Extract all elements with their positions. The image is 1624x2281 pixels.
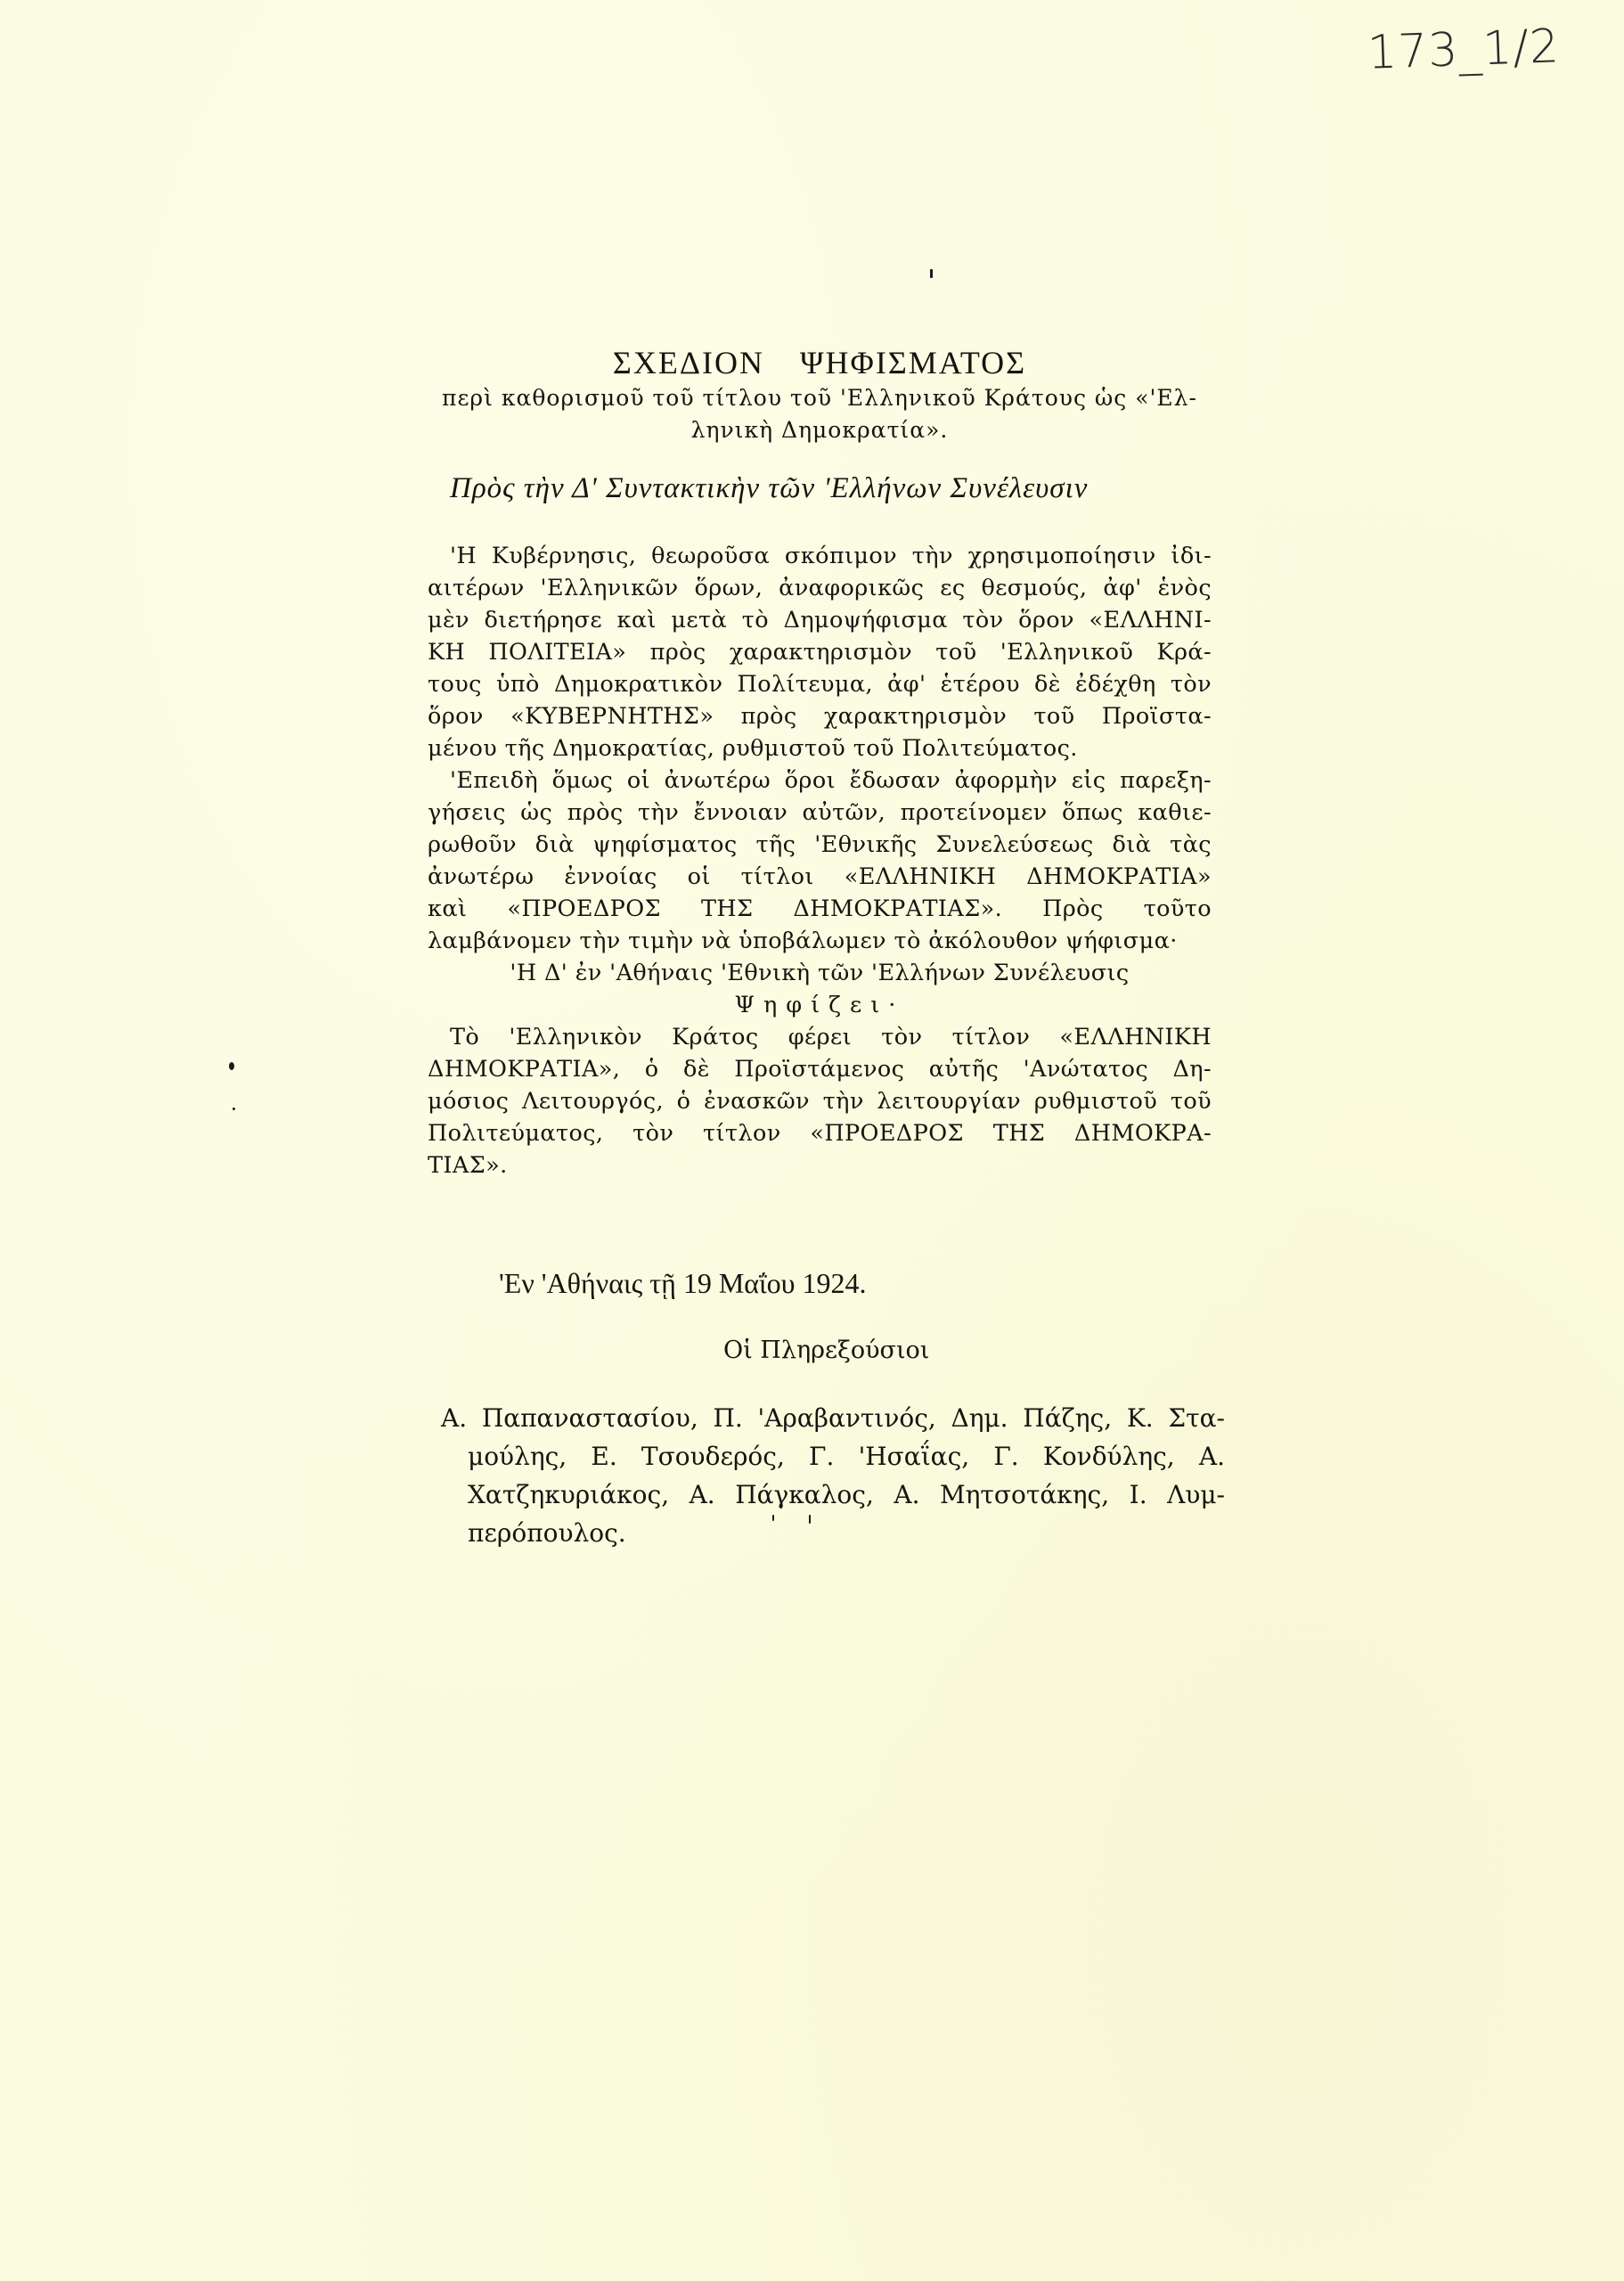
signatories-heading: Οἱ Πληρεξούσιοι [723,1337,929,1364]
paragraph-2: 'Επειδὴ ὅμως οἱ ἀνωτέρω ὅροι ἔδωσαν ἀφορ… [428,764,1212,957]
document-body: 'Η Κυβέρνησις, θεωροῦσα σκόπιμον τὴν χρη… [428,540,1212,1181]
body-line: ἀνωτέρω ἐννοίας οἱ τίτλοι «ΕΛΛΗΝΙΚΗ ΔΗΜΟ… [428,861,1212,893]
document-subtitle: περὶ καθορισμοῦ τοῦ τίτλου τοῦ 'Ελληνικο… [392,382,1247,446]
body-line: μὲν διετήρησε καὶ μετὰ τὸ Δημοψήφισμα τὸ… [428,604,1212,636]
paragraph-1: 'Η Κυβέρνησις, θεωροῦσα σκόπιμον τὴν χρη… [428,540,1212,764]
resolution-line: μόσιος Λειτουργός, ὁ ἐνασκῶν τὴν λειτουρ… [428,1085,1212,1117]
body-line: ρωθοῦν διὰ ψηφίσματος τῆς 'Εθνικῆς Συνελ… [428,829,1212,861]
body-line: ΚΗ ΠΟΛΙΤΕΙΑ» πρὸς χαρακτηρισμὸν τοῦ 'Ελλ… [428,636,1212,668]
signatories-list: Α. Παπαναστασίου, Π. 'Αραβαντινός, Δημ. … [441,1399,1225,1552]
scan-speck [233,1108,235,1110]
signatories-line: Α. Παπαναστασίου, Π. 'Αραβαντινός, Δημ. … [441,1399,1225,1437]
signatories-line: Χατζηκυριάκος, Α. Πάγκαλος, Α. Μητσοτάκη… [441,1476,1225,1514]
body-line: 'Επειδὴ ὅμως οἱ ἀνωτέρω ὅροι ἔδωσαν ἀφορ… [428,764,1212,797]
body-line: γήσεις ὡς πρὸς τὴν ἔννοιαν αὐτῶν, προτεί… [428,797,1212,829]
title-block: ΣΧΕΔΙΟΝΨΗΦΙΣΜΑΤΟΣ περὶ καθορισμοῦ τοῦ τί… [392,343,1247,446]
enacting-clause: 'Η Δ' ἐν 'Αθήναις 'Εθνικὴ τῶν 'Ελλήνων Σ… [428,957,1212,989]
scan-speck [930,269,933,278]
resolution-line: Τὸ 'Ελληνικὸν Κράτος φέρει τὸν τίτλον «Ε… [428,1021,1212,1053]
scan-speck [229,1062,234,1070]
title-word-2: ΨΗΦΙΣΜΑΤΟΣ [800,345,1026,380]
archive-number-handwritten: 173_1/2 [1367,20,1561,80]
document-title: ΣΧΕΔΙΟΝΨΗΦΙΣΜΑΤΟΣ [392,343,1247,382]
resolution-text: Τὸ 'Ελληνικὸν Κράτος φέρει τὸν τίτλον «Ε… [428,1021,1212,1181]
body-line: καὶ «ΠΡΟΕΔΡΟΣ ΤΗΣ ΔΗΜΟΚΡΑΤΙΑΣ». Πρὸς τοῦ… [428,893,1212,925]
body-line: λαμβάνομεν τὴν τιμὴν νὰ ὑποβάλωμεν τὸ ἀκ… [428,925,1212,957]
signatories-line: μούλης, Ε. Τσουδερός, Γ. 'Ησαΐας, Γ. Κον… [441,1437,1225,1476]
signatories-line: περόπουλος. [441,1514,1225,1552]
body-line: τους ὑπὸ Δημοκρατικὸν Πολίτευμα, ἀφ' ἑτέ… [428,668,1212,700]
resolution-line: ΤΙΑΣ». [428,1149,1212,1181]
document-date: 'Εν 'Αθήναις τῇ 19 Μαΐου 1924. [499,1267,867,1300]
body-line: ὅρον «ΚΥΒΕΡΝΗΤΗΣ» πρὸς χαρακτηρισμὸν τοῦ… [428,700,1212,732]
body-line: μένου τῆς Δημοκρατίας, ρυθμιστοῦ τοῦ Πολ… [428,732,1212,764]
body-line: αιτέρων 'Ελληνικῶν ὅρων, ἀναφορικῶς ες θ… [428,572,1212,604]
enacts-heading: Ψηφίζει· [428,989,1212,1021]
title-word-1: ΣΧΕΔΙΟΝ [613,345,764,380]
resolution-line: Πολιτεύματος, τὸν τίτλον «ΠΡΟΕΔΡΟΣ ΤΗΣ Δ… [428,1117,1212,1149]
resolution-line: ΔΗΜΟΚΡΑΤΙΑ», ὁ δὲ Προϊστάμενος αὐτῆς 'Αν… [428,1053,1212,1085]
document-page: 173_1/2 ΣΧΕΔΙΟΝΨΗΦΙΣΜΑΤΟΣ περὶ καθορισμο… [0,0,1624,2281]
body-line: 'Η Κυβέρνησις, θεωροῦσα σκόπιμον τὴν χρη… [428,540,1212,572]
addressee-line: Πρὸς τὴν Δ' Συντακτικὴν τῶν 'Ελλήνων Συν… [450,472,1088,505]
subtitle-line: περὶ καθορισμοῦ τοῦ τίτλου τοῦ 'Ελληνικο… [392,382,1247,414]
subtitle-line: ληνικὴ Δημοκρατία». [392,414,1247,446]
